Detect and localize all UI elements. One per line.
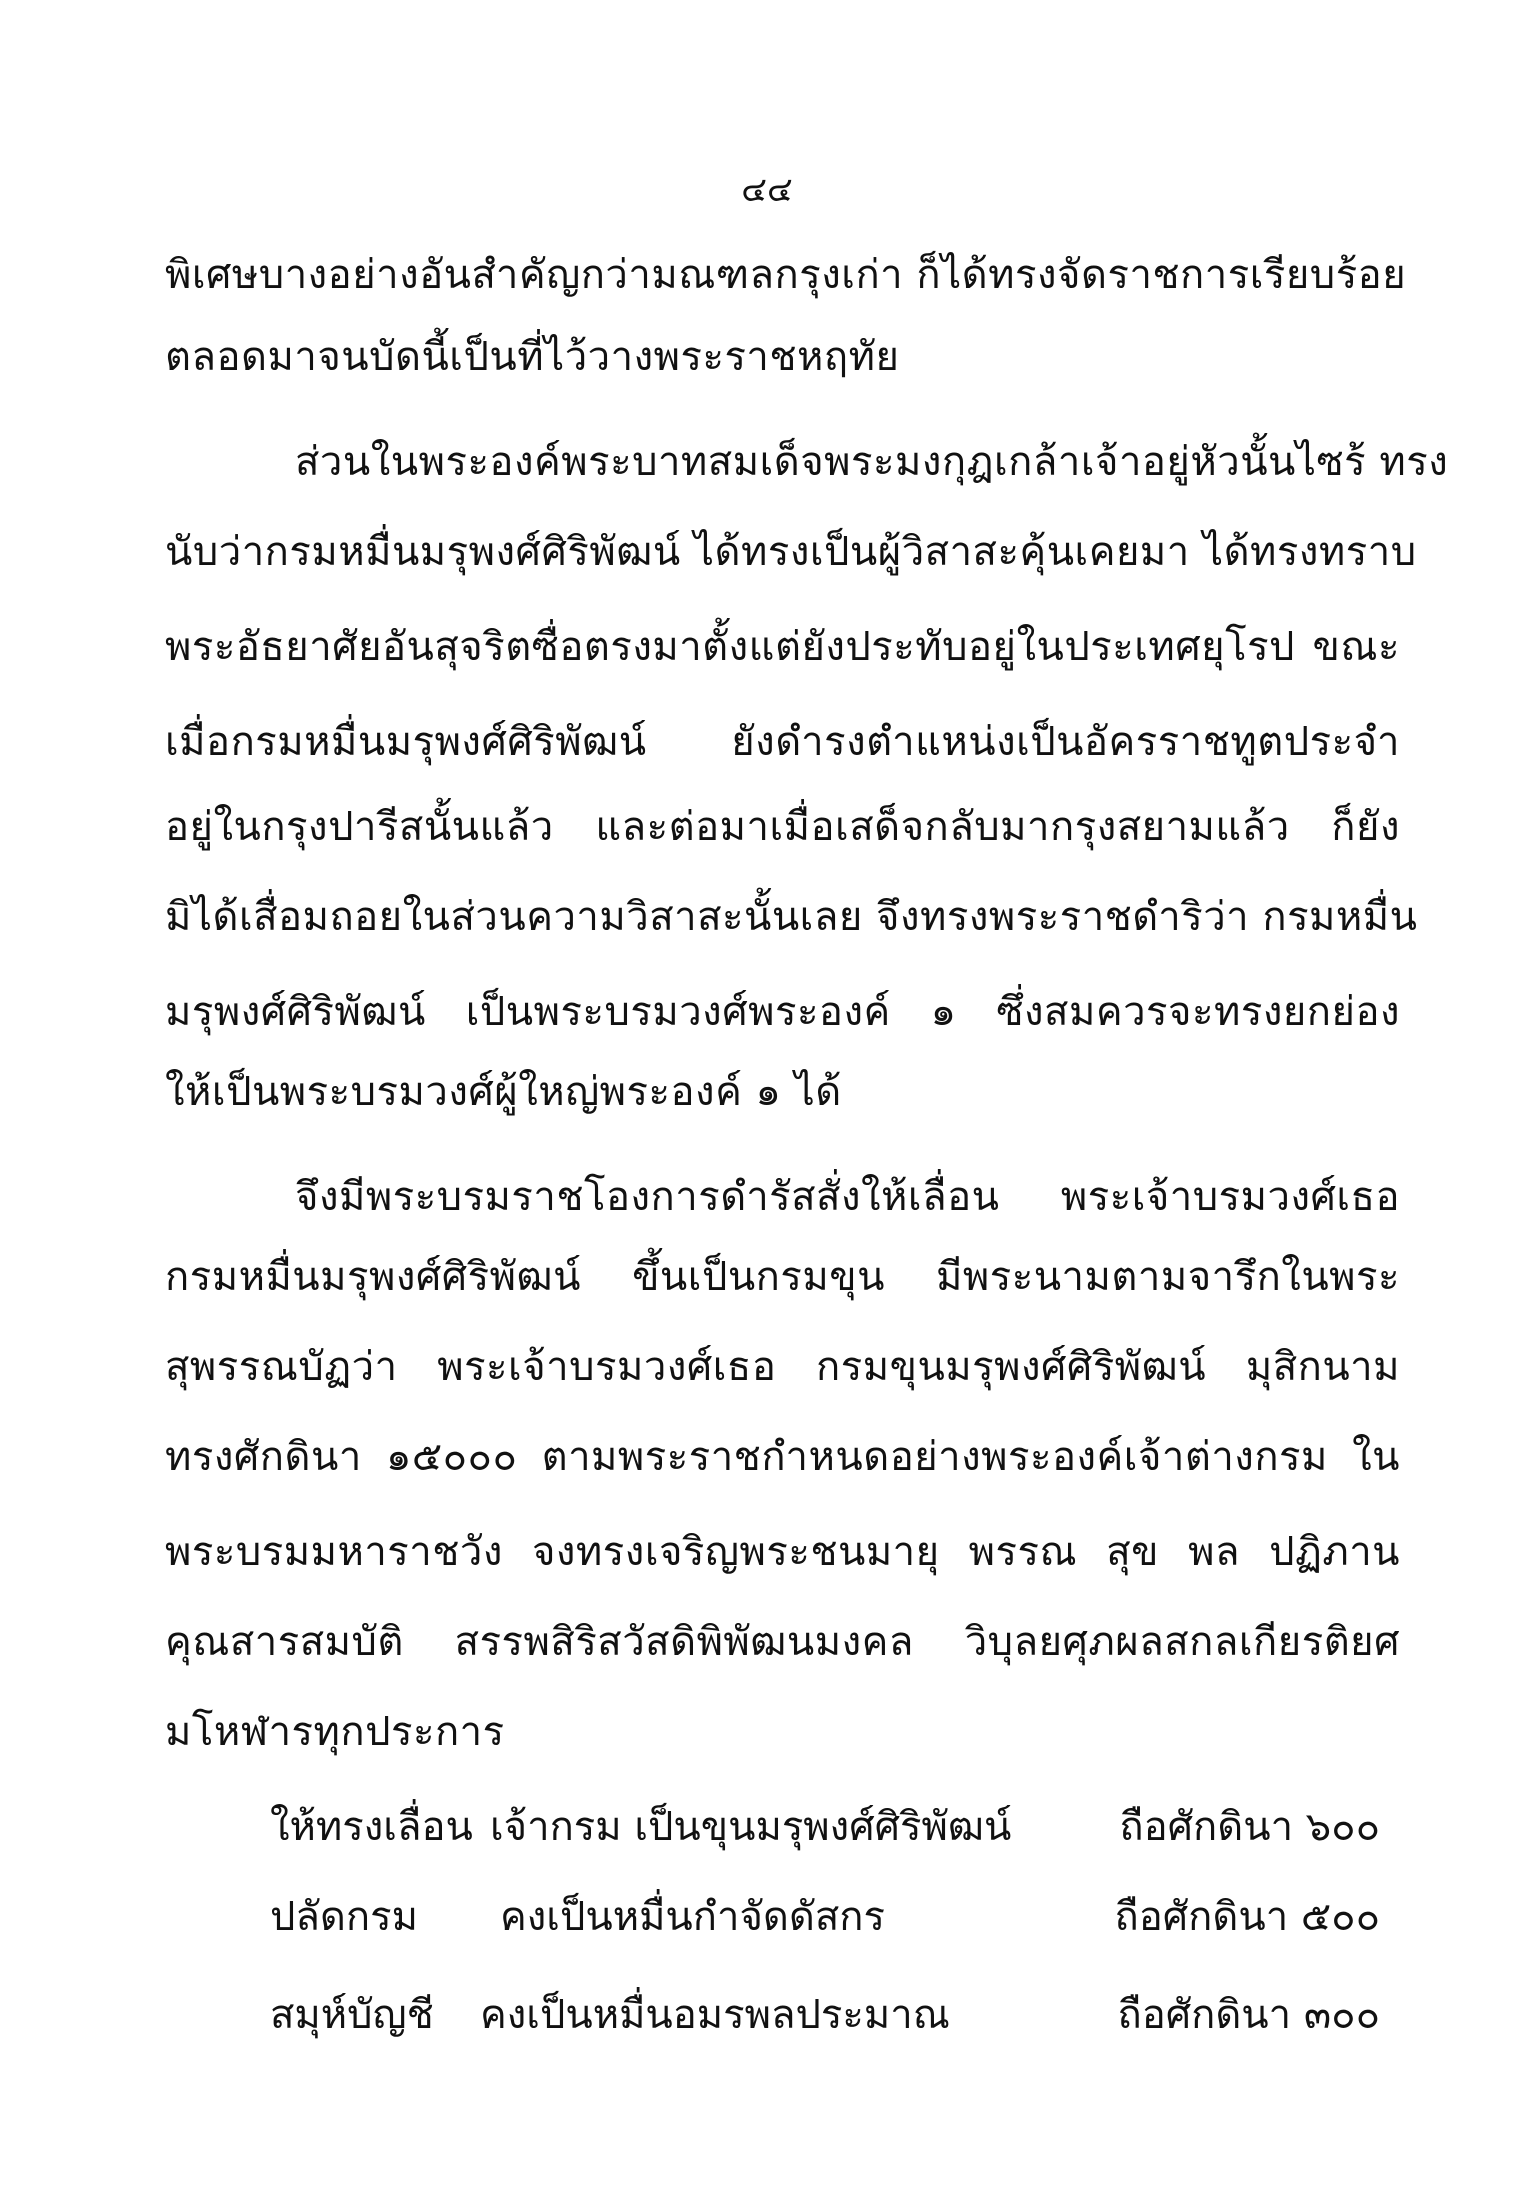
- text-line: ตลอดมาจนบัดนี้เป็นที่ไว้วางพระราชหฤทัย: [165, 327, 1400, 387]
- paragraph-start-line: ส่วนในพระองค์พระบาทสมเด็จพระมงกุฎเกล้าเจ…: [295, 432, 1400, 492]
- text-line: พระบรมมหาราชวัง จงทรงเจริญพระชนมายุ พรรณ…: [165, 1522, 1400, 1582]
- text-line: ทรงศักดินา ๑๕๐๐๐ ตามพระราชกำหนดอย่างพระอ…: [165, 1427, 1400, 1487]
- text-line: คุณสารสมบัติ สรรพสิริสวัสดิพิพัฒนมงคล วิ…: [165, 1612, 1400, 1672]
- appointment-role: ให้ทรงเลื่อน: [270, 1797, 473, 1857]
- page-number: ๔๔: [0, 170, 1534, 210]
- text-line: มรุพงศ์ศิริพัฒน์ เป็นพระบรมวงศ์พระองค์ ๑…: [165, 982, 1400, 1042]
- text-line: เมื่อกรมหมื่นมรุพงศ์ศิริพัฒน์ ยังดำรงตำแ…: [165, 712, 1400, 772]
- text-line: กรมหมื่นมรุพงศ์ศิริพัฒน์ ขึ้นเป็นกรมขุน …: [165, 1247, 1400, 1307]
- text-line: มโหฬารทุกประการ: [165, 1702, 1400, 1762]
- text-line: พิเศษบางอย่างอันสำคัญกว่ามณฑลกรุงเก่า ก็…: [165, 245, 1400, 305]
- text-line: พระอัธยาศัยอันสุจริตซื่อตรงมาตั้งแต่ยังป…: [165, 617, 1400, 677]
- text-line: สุพรรณบัฏว่า พระเจ้าบรมวงศ์เธอ กรมขุนมรุ…: [165, 1337, 1400, 1397]
- appointment-title: คงเป็นหมื่นอมรพลประมาณ: [480, 1985, 950, 2045]
- appointment-role: สมุห์บัญชี: [270, 1985, 434, 2045]
- appointment-title: คงเป็นหมื่นกำจัดดัสกร: [500, 1887, 885, 1947]
- appointment-sakdina: ถือศักดินา ๓๐๐: [1117, 1985, 1380, 2045]
- text-line: อยู่ในกรุงปารีสนั้นแล้ว และต่อมาเมื่อเสด…: [165, 797, 1400, 857]
- appointment-sakdina: ถือศักดินา ๖๐๐: [1119, 1797, 1380, 1857]
- appointment-row: ปลัดกรม คงเป็นหมื่นกำจัดดัสกร ถือศักดินา…: [270, 1887, 1380, 1947]
- appointment-row: สมุห์บัญชี คงเป็นหมื่นอมรพลประมาณ ถือศัก…: [270, 1985, 1380, 2045]
- appointment-title: เจ้ากรม เป็นขุนมรุพงศ์ศิริพัฒน์: [490, 1797, 1011, 1857]
- text-line: ให้เป็นพระบรมวงศ์ผู้ใหญ่พระองค์ ๑ ได้: [165, 1062, 1400, 1122]
- paragraph-start-line: จึงมีพระบรมราชโองการดำรัสสั่งให้เลื่อน พ…: [295, 1167, 1400, 1227]
- text-line: นับว่ากรมหมื่นมรุพงศ์ศิริพัฒน์ ได้ทรงเป็…: [165, 522, 1400, 582]
- appointment-row: ให้ทรงเลื่อน เจ้ากรม เป็นขุนมรุพงศ์ศิริพ…: [270, 1797, 1380, 1857]
- text-line: มิได้เสื่อมถอยในส่วนความวิสาสะนั้นเลย จึ…: [165, 887, 1400, 947]
- appointment-role: ปลัดกรม: [270, 1887, 418, 1947]
- appointment-sakdina: ถือศักดินา ๕๐๐: [1115, 1887, 1380, 1947]
